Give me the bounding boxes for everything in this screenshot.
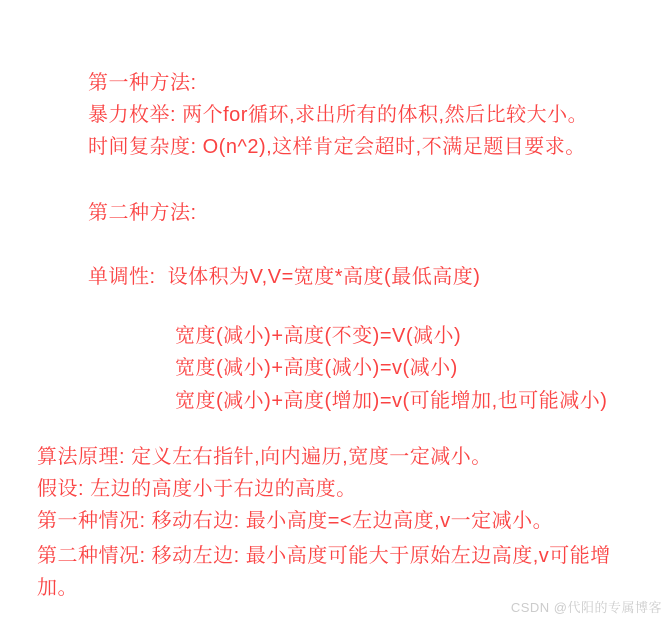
principle-algorithm-line: 算法原理: 定义左右指针,向内遍历,宽度一定减小。 (37, 446, 492, 468)
notes-page: 第一种方法: 暴力枚举: 两个for循环,求出所有的体积,然后比较大小。 时间复… (0, 0, 669, 620)
method2-case1-line: 宽度(减小)+高度(不变)=V(减小) (175, 325, 461, 347)
method1-brute-force-line: 暴力枚举: 两个for循环,求出所有的体积,然后比较大小。 (88, 104, 588, 126)
csdn-watermark: CSDN @代阳的专属博客 (511, 597, 662, 616)
method1-complexity-line: 时间复杂度: O(n^2),这样肯定会超时,不满足题目要求。 (88, 136, 586, 158)
method2-case2-line: 宽度(减小)+高度(减小)=v(减小) (175, 357, 458, 379)
method2-case3-line: 宽度(减小)+高度(增加)=v(可能增加,也可能减小) (175, 390, 607, 412)
principle-case2-line1: 第二种情况: 移动左边: 最小高度可能大于原始左边高度,v可能增 (37, 545, 611, 567)
method2-monotonicity-line: 单调性: 设体积为V,V=宽度*高度(最低高度) (88, 266, 480, 288)
method2-heading: 第二种方法: (88, 202, 197, 224)
principle-case1-line: 第一种情况: 移动右边: 最小高度=<左边高度,v一定减小。 (37, 510, 553, 532)
method1-heading: 第一种方法: (88, 72, 197, 94)
principle-case2-line2: 加。 (37, 577, 78, 599)
principle-assumption-line: 假设: 左边的高度小于右边的高度。 (37, 478, 357, 500)
